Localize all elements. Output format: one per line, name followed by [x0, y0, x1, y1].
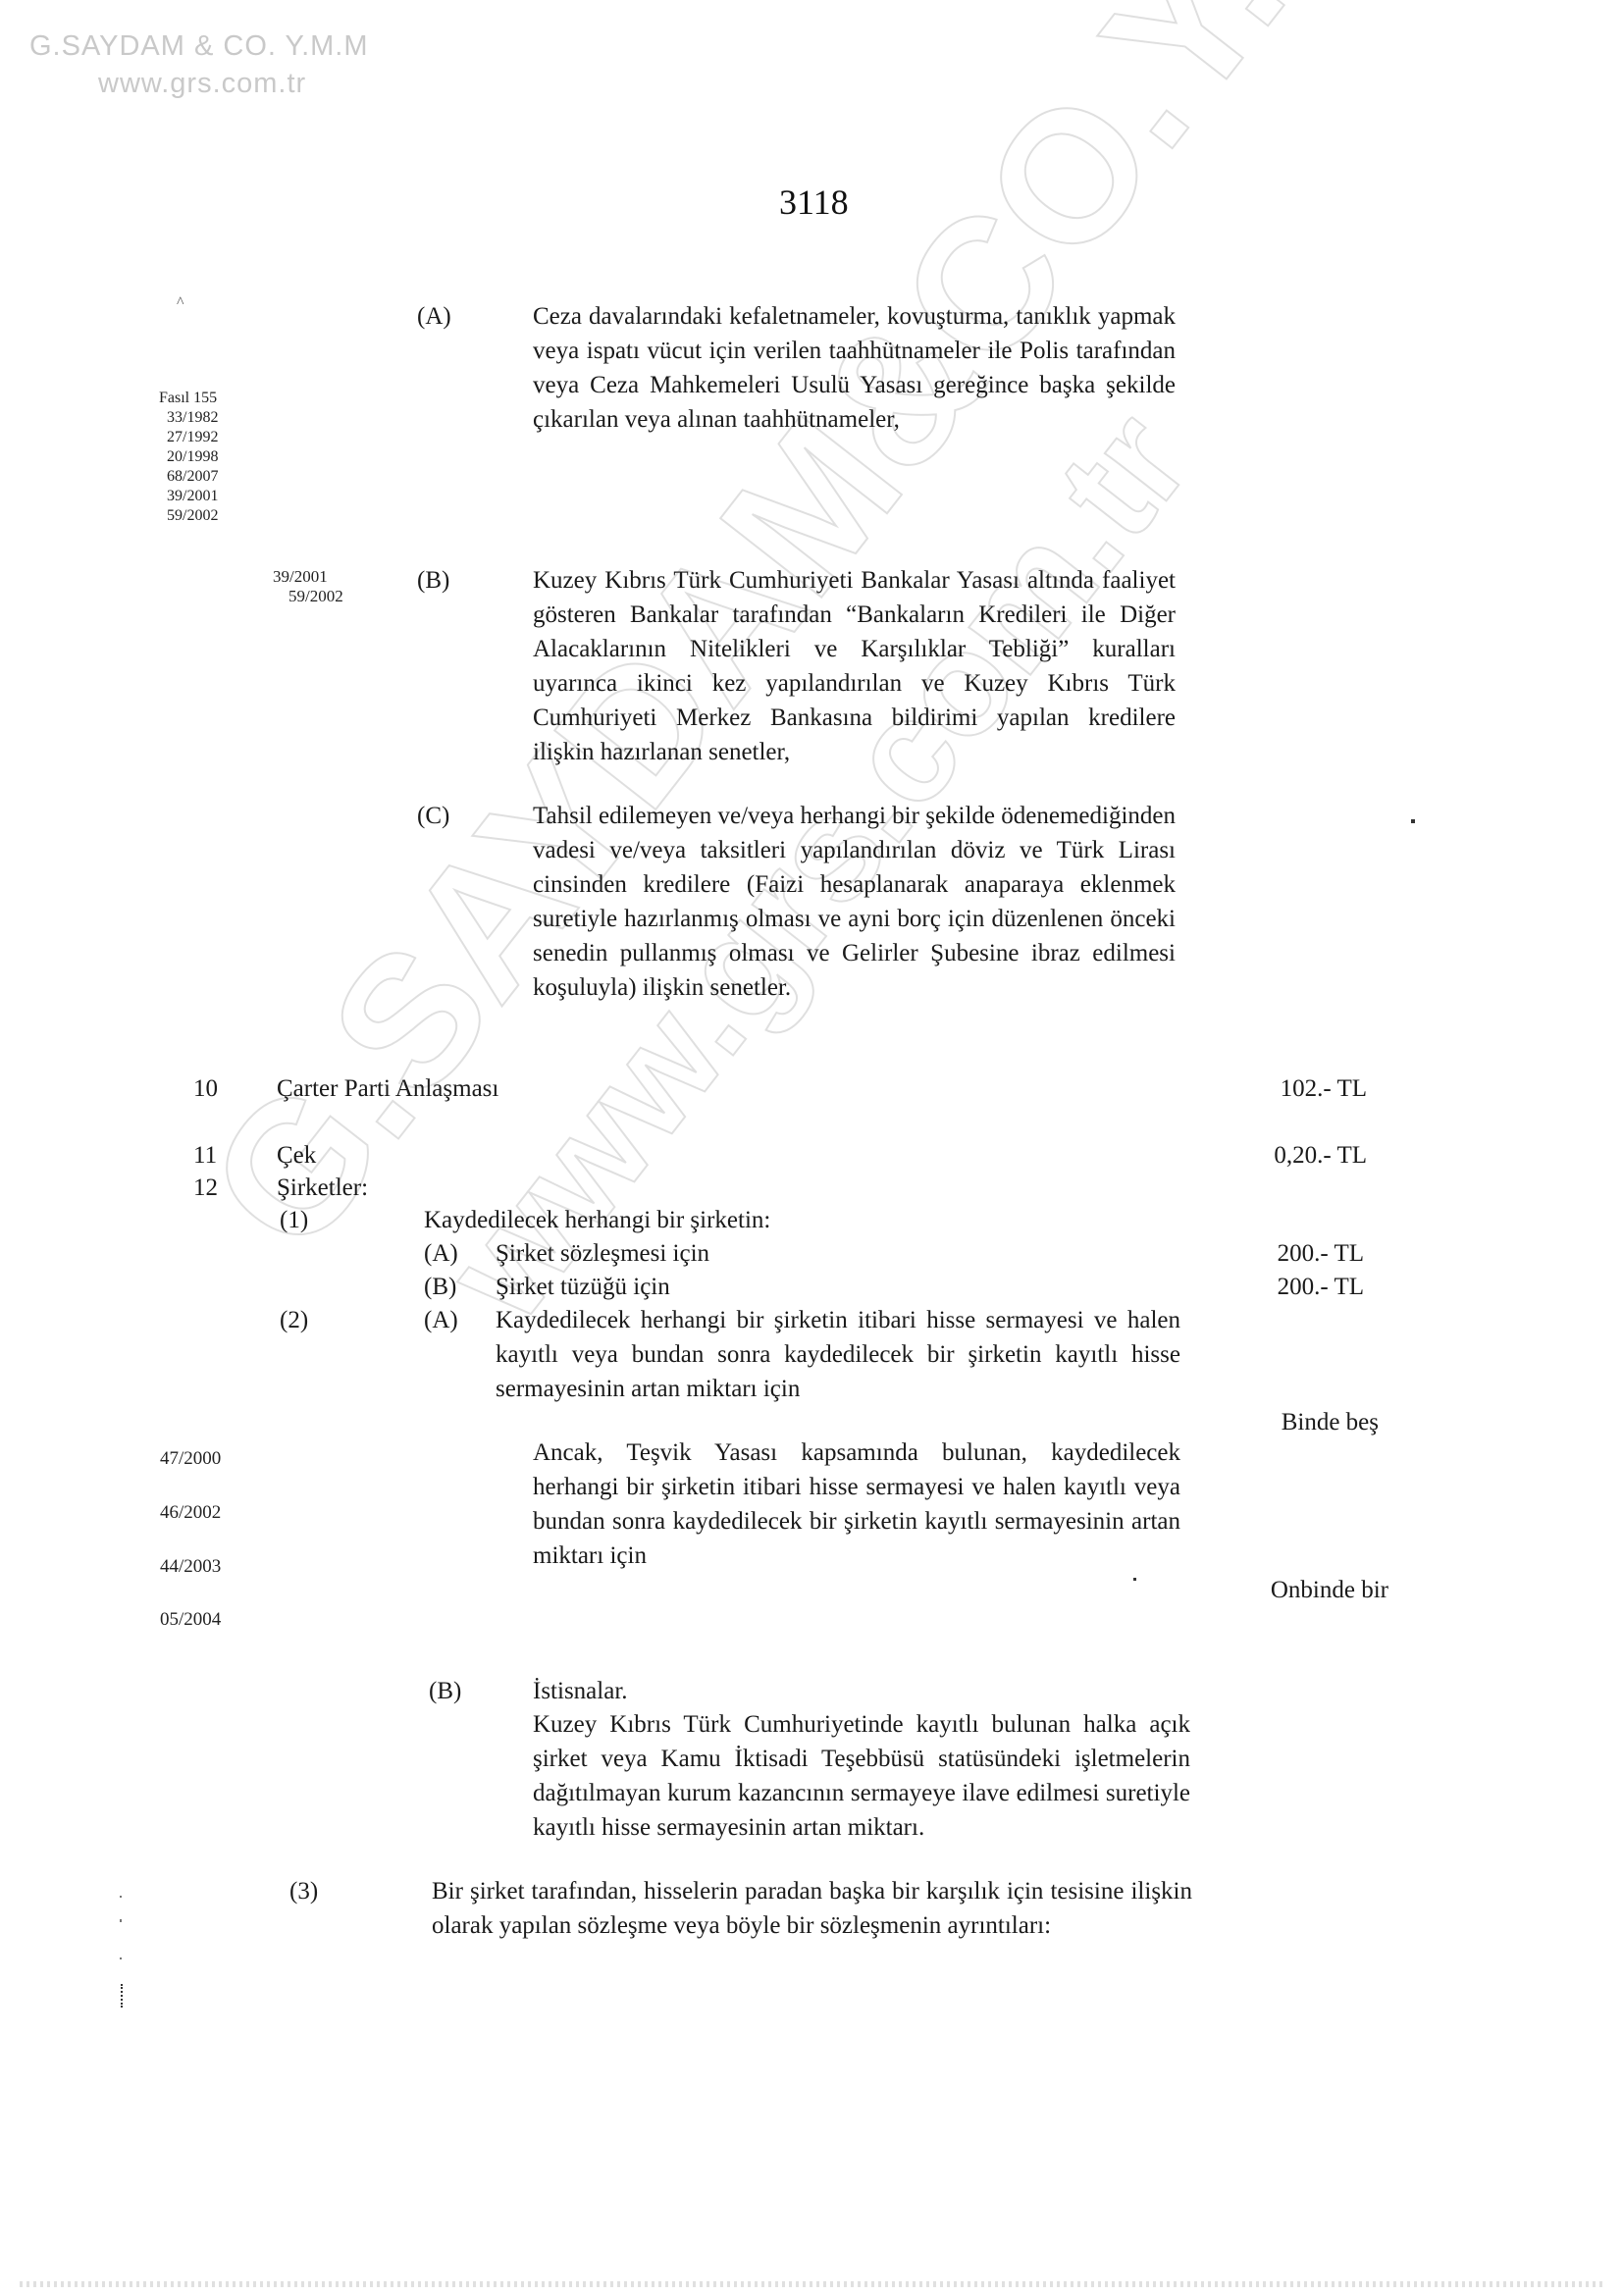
section-b-label: (B): [417, 563, 449, 598]
law-references-a: Fasıl 155 33/1982 27/1992 20/1998 68/200…: [159, 389, 218, 526]
law-ref: Fasıl 155: [159, 389, 218, 408]
scan-mark: ^: [177, 294, 184, 312]
sub2-b-text: Kuzey Kıbrıs Türk Cumhuriyetinde kayıtlı…: [533, 1707, 1190, 1845]
law-ref: 46/2002: [160, 1503, 221, 1523]
section-c-label: (C): [417, 799, 449, 833]
law-references-b: 39/2001 59/2002: [273, 567, 343, 606]
scan-mark: [121, 1984, 126, 2008]
sub1-label: (1): [280, 1203, 308, 1237]
item-amount: 102.- TL: [1178, 1071, 1367, 1106]
item-title: Çek: [277, 1138, 316, 1173]
law-ref: 59/2002: [159, 506, 218, 526]
law-ref: 44/2003: [160, 1557, 221, 1577]
sub2-a-amount: Binde beş: [1178, 1405, 1379, 1439]
sub2-b-label: (B): [429, 1674, 461, 1708]
header-watermark: G.SAYDAM & CO. Y.M.M www.grs.com.tr: [29, 27, 369, 102]
sub2-a-text: Kaydedilecek herhangi bir şirketin itiba…: [496, 1303, 1180, 1406]
sub1-b-label: (B): [424, 1270, 456, 1304]
page-number: 3118: [779, 182, 849, 223]
item-title: Şirketler:: [277, 1171, 368, 1205]
watermark-company: G.SAYDAM & CO. Y.M.M: [29, 30, 369, 62]
law-ref: 59/2002: [273, 587, 343, 606]
sub2-b-title: İstisnalar.: [533, 1674, 628, 1708]
law-ref: 05/2004: [160, 1610, 221, 1630]
section-a-text: Ceza davalarındaki kefaletnameler, kovuş…: [533, 299, 1176, 437]
item-number: 11: [193, 1138, 217, 1173]
watermark-url: www.grs.com.tr: [29, 65, 369, 102]
item-title: Çarter Parti Anlaşması: [277, 1071, 498, 1106]
scan-mark: [120, 1919, 122, 1922]
sub1-b-text: Şirket tüzüğü için: [496, 1270, 670, 1304]
scan-edge-noise: [20, 2281, 1603, 2287]
scan-mark: [120, 1896, 122, 1898]
law-ref: 39/2001: [273, 567, 343, 587]
law-ref: 27/1992: [159, 428, 218, 447]
section-a-label: (A): [417, 299, 451, 334]
sub3-label: (3): [289, 1874, 318, 1908]
section-b-text: Kuzey Kıbrıs Türk Cumhuriyeti Bankalar Y…: [533, 563, 1176, 769]
sub1-a-text: Şirket sözleşmesi için: [496, 1236, 709, 1271]
item-number: 10: [193, 1071, 218, 1106]
sub1-a-amount: 200.- TL: [1178, 1236, 1364, 1271]
law-ref: 20/1998: [159, 447, 218, 467]
law-ref: 68/2007: [159, 467, 218, 487]
sub2-ancak-amount: Onbinde bir: [1178, 1573, 1388, 1607]
item-amount: 0,20.- TL: [1178, 1138, 1367, 1173]
law-ref: 47/2000: [160, 1449, 221, 1469]
scan-mark: [1411, 819, 1415, 823]
sub1-b-amount: 200.- TL: [1178, 1270, 1364, 1304]
sub1-text: Kaydedilecek herhangi bir şirketin:: [424, 1203, 770, 1237]
sub1-a-label: (A): [424, 1236, 458, 1271]
sub2-a-label: (A): [424, 1303, 458, 1337]
sub3-text: Bir şirket tarafından, hisselerin parada…: [432, 1874, 1192, 1943]
section-c-text: Tahsil edilemeyen ve/veya herhangi bir ş…: [533, 799, 1176, 1005]
item-number: 12: [193, 1171, 218, 1205]
law-ref: 33/1982: [159, 408, 218, 428]
law-ref: 39/2001: [159, 487, 218, 506]
scan-mark: [1133, 1578, 1136, 1581]
sub2-ancak-text: Ancak, Teşvik Yasası kapsamında bulunan,…: [533, 1435, 1180, 1573]
sub2-label: (2): [280, 1303, 308, 1337]
scan-mark: [120, 1957, 122, 1959]
